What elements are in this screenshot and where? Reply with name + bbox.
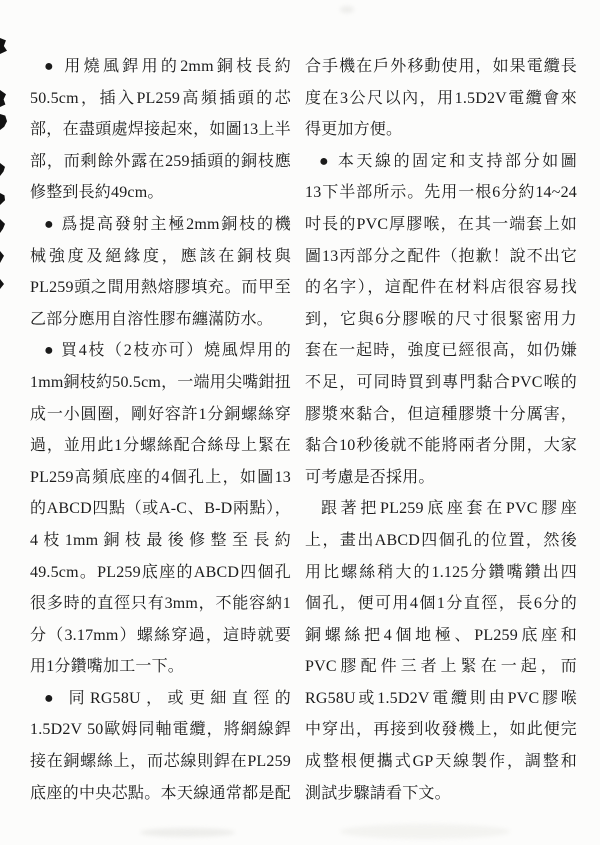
text-line: ● 爲提高發射主極2mm銅枝的機: [30, 209, 291, 241]
text-line: 中穿出，再接到收發機上，如此便完: [305, 714, 577, 746]
scan-edge-mark: [0, 193, 5, 205]
text-line: 可考慮是否採用。: [305, 462, 577, 494]
text-line: 乙部分應用自溶性膠布纏滿防水。: [30, 304, 291, 336]
text-line: 用1分鑽嘴加工一下。: [30, 651, 291, 683]
left-text-column: ● 用燒風銲用的2mm銅枝長約50.5cm，插入PL259高頻插頭的芯部，在盡頭…: [30, 51, 291, 809]
text-line: 很多時的直徑只有3mm，不能容納1: [30, 588, 291, 620]
text-line: 測試步驟請看下文。: [305, 778, 577, 810]
text-line: 得更加方便。: [305, 114, 577, 146]
scan-smudge: [340, 824, 510, 839]
text-line: 49.5cm。PL259底座的ABCD四個孔: [30, 557, 291, 589]
text-line: 膠漿來黏合，但這種膠漿十分厲害，: [305, 399, 577, 431]
text-line: PL259高頻底座的4個孔上，如圖13: [30, 462, 291, 494]
text-line: 底座的中央芯點。本天線通常都是配: [30, 778, 291, 810]
text-line: 4枝1mm銅枝最後修整至長約: [30, 525, 291, 557]
scan-edge-mark: [0, 90, 6, 107]
text-line: 黏合10秒後就不能將兩者分開，大家: [305, 430, 577, 462]
scan-edge-mark: [0, 251, 4, 263]
text-line: 圖13丙部分之配件（抱歉！說不出它: [305, 241, 577, 273]
text-line: 套在一起時，強度已經很高，如仍嫌: [305, 335, 577, 367]
scan-edge-mark: [0, 279, 4, 289]
text-line: 合手機在戶外移動使用，如果電纜長: [305, 51, 577, 83]
text-line: 銅螺絲把4個地極、PL259底座和: [305, 620, 577, 652]
scan-edge-mark: [0, 114, 7, 130]
text-line: 分（3.17mm）螺絲穿過，這時就要: [30, 620, 291, 652]
text-line: ● 同RG58U，或更細直徑的: [30, 683, 291, 715]
text-line: ● 本天線的固定和支持部分如圖: [305, 146, 577, 178]
scan-edge-mark: [0, 219, 5, 233]
text-line: 部，在盡頭處焊接起來，如圖13上半: [30, 114, 291, 146]
scan-edge-mark: [0, 38, 7, 54]
text-line: 上，畫出ABCD四個孔的位置，然後: [305, 525, 577, 557]
text-line: ● 買4枝（2枝亦可）燒風焊用的: [30, 335, 291, 367]
scanned-document-page: ● 用燒風銲用的2mm銅枝長約50.5cm，插入PL259高頻插頭的芯部，在盡頭…: [0, 0, 600, 845]
right-text-column: 合手機在戶外移動使用，如果電纜長度在3公尺以內，用1.5D2V電纜會來得更加方便…: [305, 51, 577, 809]
text-line: 1mm銅枝約50.5cm，一端用尖嘴鉗扭: [30, 367, 291, 399]
text-line: 1.5D2V 50歐姆同軸電纜，將網線銲: [30, 714, 291, 746]
scan-smudge: [340, 6, 354, 13]
text-line: 過，並用此1分螺絲配合絲母上緊在: [30, 430, 291, 462]
text-line: 部，而剩餘外露在259插頭的銅枝應: [30, 146, 291, 178]
text-line: 吋長的PVC厚膠喉，在其一端套上如: [305, 209, 577, 241]
text-line: 到，它與6分膠喉的尺寸很緊密用力: [305, 304, 577, 336]
text-line: 修整到長約49cm。: [30, 177, 291, 209]
scan-edge-mark: [0, 163, 5, 176]
text-line: 械強度及絕緣度，應該在銅枝與: [30, 241, 291, 273]
text-line: 50.5cm，插入PL259高頻插頭的芯: [30, 83, 291, 115]
text-line: 成一小圓圈，剛好容許1分銅螺絲穿: [30, 399, 291, 431]
text-line: 用比螺絲稍大的1.125分鑽嘴鑽出四: [305, 557, 577, 589]
text-line: 成整根便攜式GP天線製作，調整和: [305, 746, 577, 778]
text-line: ● 用燒風銲用的2mm銅枝長約: [30, 51, 291, 83]
text-line: 的名字），這配件在材料店很容易找: [305, 272, 577, 304]
text-line: 13下半部所示。先用一根6分約14~24: [305, 177, 577, 209]
scan-smudge: [140, 828, 235, 837]
text-line: 度在3公尺以內，用1.5D2V電纜會來: [305, 83, 577, 115]
text-line: 跟著把PL259底座套在PVC膠座: [305, 493, 577, 525]
text-line: 不足，可同時買到專門黏合PVC喉的: [305, 367, 577, 399]
text-line: 的ABCD四點（或A-C、B-D兩點），: [30, 493, 291, 525]
text-line: PVC膠配件三者上緊在一起，而: [305, 651, 577, 683]
text-line: 個孔，便可用4個1分直徑，長6分的: [305, 588, 577, 620]
text-line: 接在銅螺絲上，而芯線則銲在PL259: [30, 746, 291, 778]
text-line: PL259頭之間用熱熔膠填充。而甲至: [30, 272, 291, 304]
text-line: RG58U或1.5D2V電纜則由PVC膠喉: [305, 683, 577, 715]
